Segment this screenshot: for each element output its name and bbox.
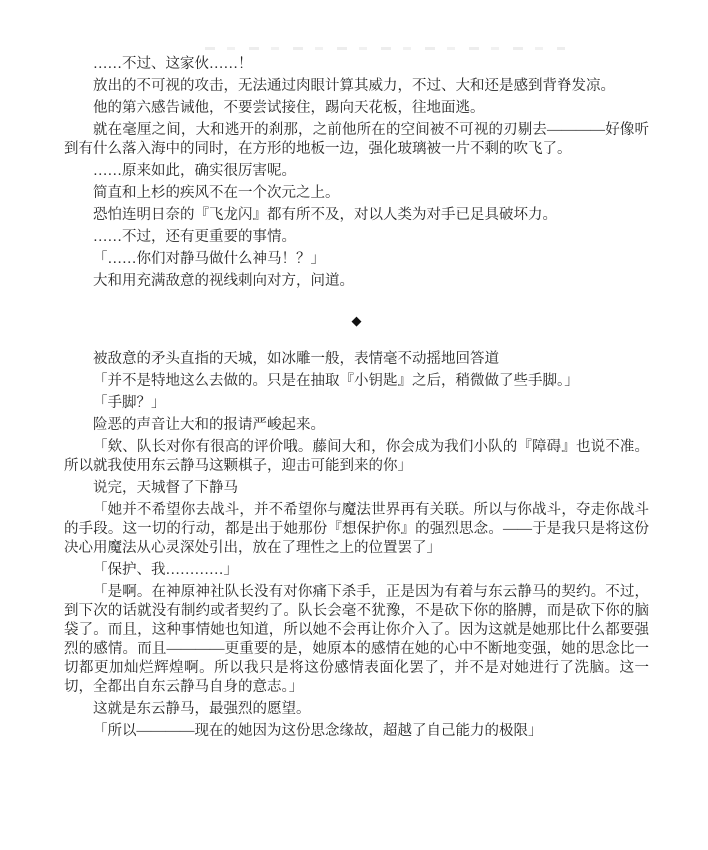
section-separator-icon: ◆ (64, 311, 649, 330)
paragraph: 「手脚？」 (64, 394, 649, 413)
paragraph: 简直和上杉的疾风不在一个次元之上。 (64, 184, 649, 203)
paragraph: 他的第六感告诫他，不要尝试接住，踢向天花板，往地面逃。 (64, 99, 649, 118)
paragraph: 险恶的声音让大和的报请严峻起来。 (64, 416, 649, 435)
novel-page: ……不过、这家伙……！放出的不可视的攻击，无法通过肉眼计算其威力，不过、大和还是… (0, 0, 708, 850)
paragraph: 「并不是特地这么去做的。只是在抽取『小钥匙』之后，稍微做了些手脚。」 (64, 372, 649, 391)
paragraph: 这就是东云静马，最强烈的愿望。 (64, 700, 649, 719)
paragraph: 「……你们对静马做什么神马！？」 (64, 250, 649, 269)
faint-header-artifact (205, 47, 565, 50)
paragraph: 恐怕连明日奈的『飞龙闪』都有所不及，对以人类为对手已足具破坏力。 (64, 206, 649, 225)
paragraph: 大和用充满敌意的视线刺向对方，问道。 (64, 272, 649, 291)
paragraph: ……原来如此，确实很厉害呢。 (64, 162, 649, 181)
paragraph: 「是啊。在神原神社队长没有对你痛下杀手，正是因为有着与东云静马的契约。不过，到下… (64, 583, 649, 697)
paragraph: 「她并不希望你去战斗，并不希望你与魔法世界再有关联。所以与你战斗，夺走你战斗的手… (64, 501, 649, 558)
paragraph: ……不过、这家伙……！ (64, 55, 649, 74)
paragraph: 被敌意的矛头直指的天城，如冰雕一般，表情毫不动摇地回答道 (64, 350, 649, 369)
paragraph: 「保护、我…………」 (64, 561, 649, 580)
paragraph: 「所以————现在的她因为这份思念缘故，超越了自己能力的极限」 (64, 722, 649, 741)
paragraph: 「欸、队长对你有很高的评价哦。藤间大和，你会成为我们小队的『障碍』也说不准。所以… (64, 438, 649, 476)
paragraph: 说完，天城督了下静马 (64, 479, 649, 498)
paragraph: 就在毫厘之间，大和逃开的刹那，之前他所在的空间被不可视的刃剔去————好像听到有… (64, 121, 649, 159)
paragraph: 放出的不可视的攻击，无法通过肉眼计算其威力，不过、大和还是感到背脊发凉。 (64, 77, 649, 96)
text-block: ……不过、这家伙……！放出的不可视的攻击，无法通过肉眼计算其威力，不过、大和还是… (64, 55, 649, 744)
paragraph: ……不过，还有更重要的事情。 (64, 228, 649, 247)
